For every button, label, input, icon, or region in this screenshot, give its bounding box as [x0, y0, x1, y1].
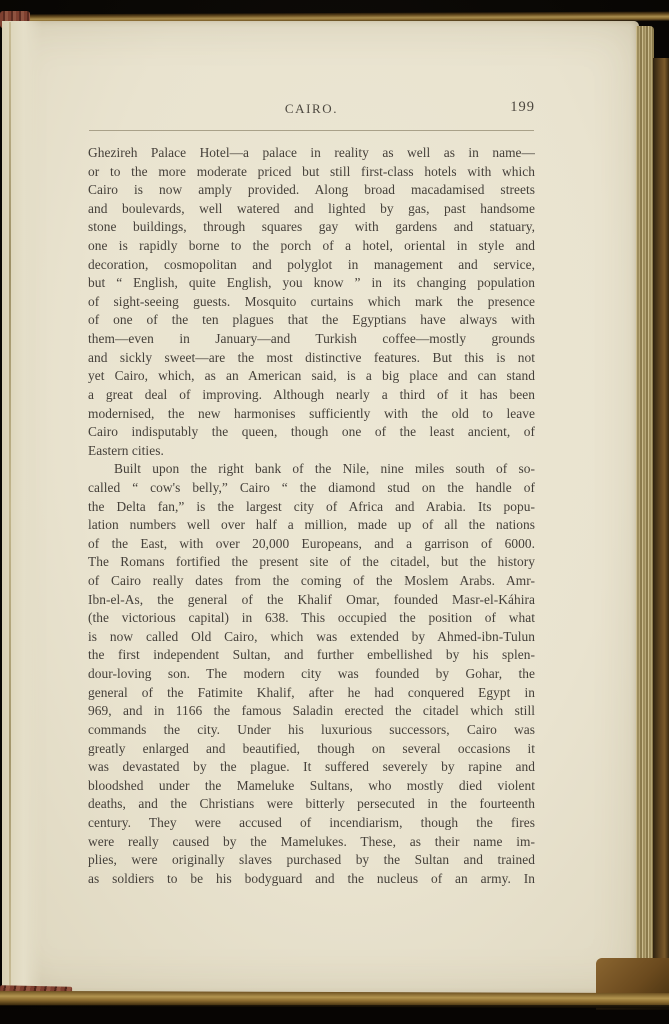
text-line: dour-loving son. The modern city was fou…: [88, 665, 535, 684]
background-shadow: [0, 1005, 669, 1024]
text-line: was devastated by the plague. It suffere…: [88, 758, 535, 777]
text-block: Ghezireh Palace Hotel—a palace in realit…: [88, 144, 535, 888]
text-line: Ghezireh Palace Hotel—a palace in realit…: [88, 144, 535, 163]
text-line: of the East, with over 20,000 Europeans,…: [88, 535, 535, 554]
text-line: but “ English, quite English, you know ”…: [88, 274, 535, 293]
text-line: Eastern cities.: [88, 442, 535, 461]
text-line: is now called Old Cairo, which was exten…: [88, 628, 535, 647]
text-line: commands the city. Under his luxurious s…: [88, 721, 535, 740]
text-line: deaths, and the Christians were bitterly…: [88, 795, 535, 814]
text-line: bloodshed under the Mameluke Sultans, wh…: [88, 777, 535, 796]
book-cover-right: [653, 58, 669, 1008]
page-gutter-crease: [9, 22, 11, 992]
text-line: Ibn-el-As, the general of the Khalif Oma…: [88, 591, 535, 610]
book-fore-edge-pages: [636, 26, 654, 995]
text-line: yet Cairo, which, as an American said, i…: [88, 367, 535, 386]
text-line: general of the Fatimite Khalif, after he…: [88, 684, 535, 703]
text-line: a great deal of improving. Although near…: [88, 386, 535, 405]
text-line: 969, and in 1166 the famous Saladin erec…: [88, 702, 535, 721]
text-line: the first independent Sultan, and furthe…: [88, 646, 535, 665]
text-line: Built upon the right bank of the Nile, n…: [88, 460, 535, 479]
text-line: and sickly sweet—are the most distinctiv…: [88, 349, 535, 368]
text-line: greatly enlarged and beautified, though …: [88, 740, 535, 759]
text-line: modernised, the new harmonises sufficien…: [88, 405, 535, 424]
text-line: and boulevards, well watered and lighted…: [88, 200, 535, 219]
text-line: The Romans fortified the present site of…: [88, 553, 535, 572]
text-line: century. They were accused of incendiari…: [88, 814, 535, 833]
page-title: CAIRO.: [88, 101, 535, 117]
text-line: one is rapidly borne to the porch of a h…: [88, 237, 535, 256]
text-line: the Delta fan,” is the largest city of A…: [88, 498, 535, 517]
text-line: of one of the ten plagues that the Egypt…: [88, 311, 535, 330]
text-line: called “ cow's belly,” Cairo “ the diamo…: [88, 479, 535, 498]
text-line: Cairo indisputably the queen, though one…: [88, 423, 535, 442]
text-line: lation numbers well over half a million,…: [88, 516, 535, 535]
text-line: or to the more moderate priced but still…: [88, 163, 535, 182]
text-line: (the victorious capital) in 638. This oc…: [88, 609, 535, 628]
text-line: stone buildings, through squares gay wit…: [88, 218, 535, 237]
header-divider: [89, 130, 534, 131]
page-number: 199: [510, 99, 535, 116]
running-head: CAIRO. 199: [88, 101, 535, 119]
text-line: them—even in January—and Turkish coffee—…: [88, 330, 535, 349]
text-line: Cairo is now amply provided. Along broad…: [88, 181, 535, 200]
text-line: of Cairo really dates from the coming of…: [88, 572, 535, 591]
text-line: plies, were originally slaves purchased …: [88, 851, 535, 870]
text-line: of sight-seeing guests. Mosquito curtain…: [88, 293, 535, 312]
text-line: decoration, cosmopolitan and polyglot in…: [88, 256, 535, 275]
text-line: as soldiers to be his bodyguard and the …: [88, 870, 535, 889]
page-gutter-shadow: [2, 21, 42, 994]
text-line: were really caused by the Mamelukes. The…: [88, 833, 535, 852]
